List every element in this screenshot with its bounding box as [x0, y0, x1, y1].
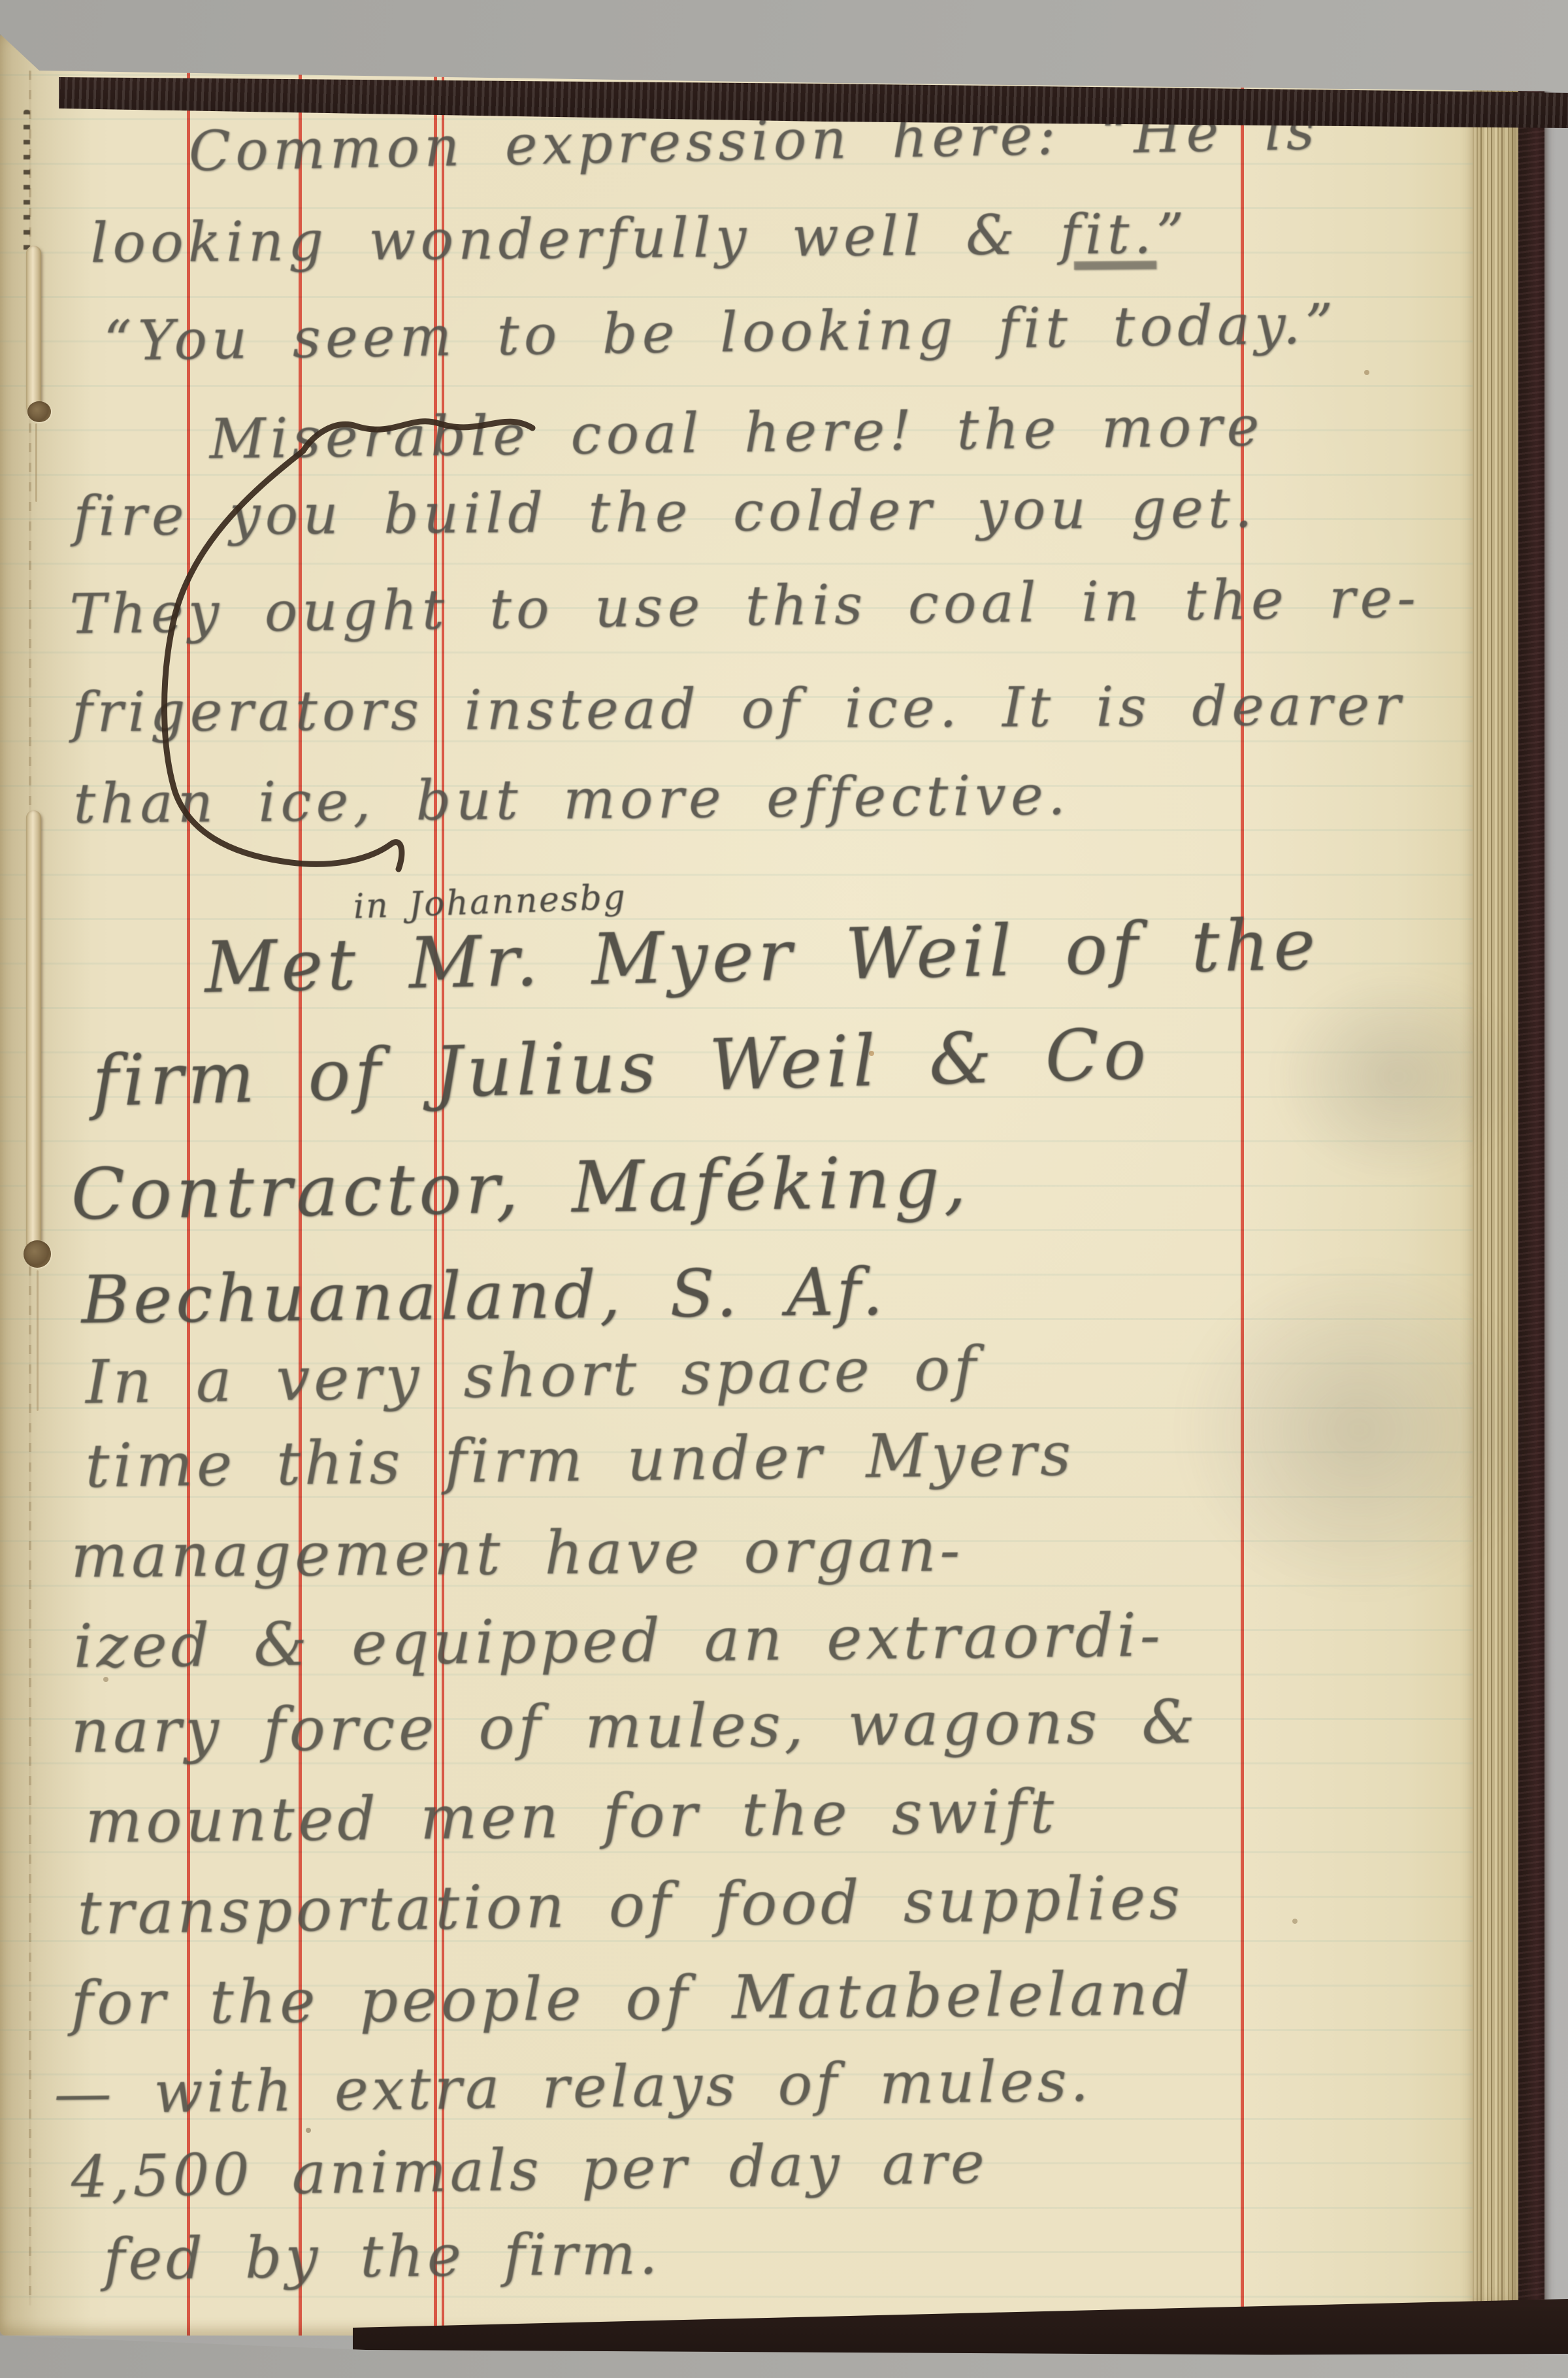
handwritten-line-8: than ice, but more effective.	[73, 768, 1070, 831]
handwritten-text-block: Common expression here: “He islooking wo…	[0, 31, 1473, 2336]
handwritten-line-24: fed by the firm.	[103, 2225, 661, 2288]
handwritten-line-3: “You seem to be looking fit today.”	[103, 297, 1338, 369]
handwritten-line-23: 4,500 animals per day are	[71, 2134, 988, 2206]
handwritten-line-22: — with extra relays of mules.	[54, 2053, 1092, 2122]
handwritten-line-16: management have organ-	[71, 1520, 964, 1587]
handwritten-line-5: fire you build the colder you get.	[73, 480, 1257, 544]
handwritten-line-11: firm of Julius Weil & Co	[91, 1019, 1151, 1117]
handwritten-line-6: They ought to use this coal in the re-	[69, 570, 1420, 642]
handwritten-line-17: ized & equipped an extraordi-	[73, 1606, 1164, 1677]
handwritten-line-13: Bechuanaland, S. Af.	[81, 1259, 887, 1333]
pencil-underline: fit.	[1060, 202, 1156, 267]
handwritten-line-7: frigerators instead of ice. It is dearer	[72, 678, 1405, 740]
handwritten-line-4: Miserable coal here! the more	[209, 399, 1264, 467]
notebook-page: Common expression here: “He islooking wo…	[0, 31, 1473, 2336]
handwritten-line-20: transportation of food supplies	[77, 1868, 1184, 1943]
handwritten-line-15: time this firm under Myers	[85, 1425, 1075, 1496]
handwritten-line-2: looking wonderfully well & fit.”	[90, 206, 1189, 271]
handwritten-line-12: Contractor, Maféking,	[71, 1148, 971, 1230]
handwritten-line-19: mounted men for the swift	[85, 1781, 1058, 1852]
handwritten-line-9: in Johannesbg	[353, 880, 627, 924]
handwritten-line-10: Met Mr. Myer Weil of the	[204, 910, 1320, 1004]
handwritten-line-18: nary force of mules, wagons &	[71, 1692, 1199, 1762]
handwritten-line-14: In a very short space of	[85, 1339, 980, 1413]
notebook-photo: { "surface": { "background_color": "#a8a…	[0, 0, 1568, 2378]
handwritten-line-21: for the people of Matabeleland	[71, 1964, 1194, 2034]
